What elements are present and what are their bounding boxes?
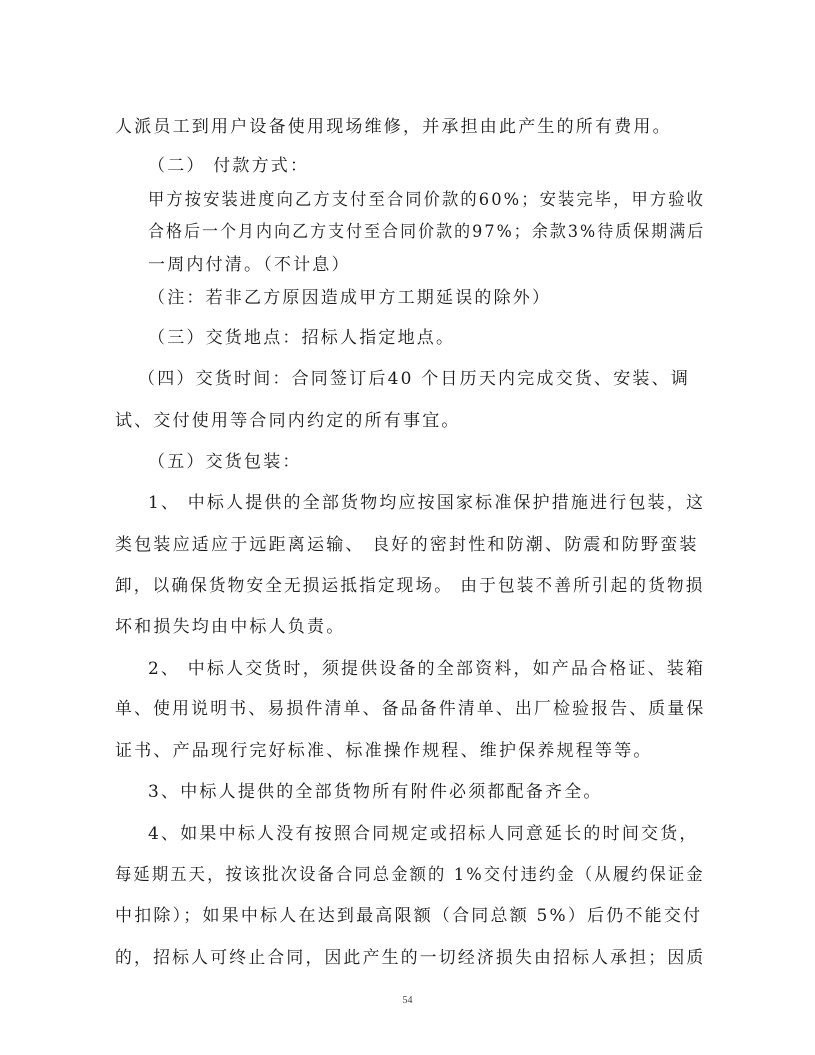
text-line: （二） 付款方式： [148,156,309,176]
text-line: 甲方按安装进度向乙方支付至合同价款的60%；安装完毕，甲方验收 [148,190,705,210]
text-line: 一周内付清。（不计息） [148,255,351,275]
text-line: 3、中标人提供的全部货物所有附件必须都配备齐全。 [148,782,603,802]
text-line: 4、如果中标人没有按照合同规定或招标人同意延长的时间交货， [148,824,699,844]
text-line: 试、交付使用等合同内约定的所有事宜。 [115,411,461,431]
text-line: 合格后一个月内向乙方支付至合同价款的97%；余款3%待质保期满后 [148,222,705,242]
text-line: 中扣除）；如果中标人在达到最高限额（合同总额 5%）后仍不能交付 [115,906,702,926]
text-line: 卸，以确保货物安全无损运抵指定现场。 由于包装不善所引起的货物损 [115,576,705,596]
text-line: 证书、产品现行完好标准、标准操作规程、维护保养规程等等。 [115,741,653,761]
text-line: 单、使用说明书、易损件清单、备品备件清单、出厂检验报告、质量保 [115,699,705,719]
text-line: （注：若非乙方原因造成甲方工期延误的除外） [148,288,551,308]
document-page: 人派员工到用户设备使用现场维修，并承担由此产生的所有费用。（二） 付款方式：甲方… [0,0,815,1055]
text-line: 每延期五天，按该批次设备合同总金额的 1%交付违约金（从履约保证金 [115,865,705,885]
text-line: （四）交货时间：合同签订后40 个日历天内完成交货、安装、调 [138,369,690,389]
text-line: 坏和损失均由中标人负责。 [115,617,345,637]
text-line: 1、 中标人提供的全部货物均应按国家标准保护措施进行包装，这 [148,493,705,513]
text-line: 的，招标人可终止合同，因此产生的一切经济损失由招标人承担；因质 [115,948,705,968]
text-line: 2、 中标人交货时，须提供设备的全部资料，如产品合格证、装箱 [148,659,705,679]
page-number: 54 [0,995,815,1006]
text-line: （五）交货包装： [148,452,302,472]
text-line: 人派员工到用户设备使用现场维修，并承担由此产生的所有费用。 [115,117,672,137]
text-line: （三）交货地点：招标人指定地点。 [148,328,455,348]
text-line: 类包装应适应于远距离运输、 良好的密封性和防潮、防震和防野蛮装 [115,535,699,555]
